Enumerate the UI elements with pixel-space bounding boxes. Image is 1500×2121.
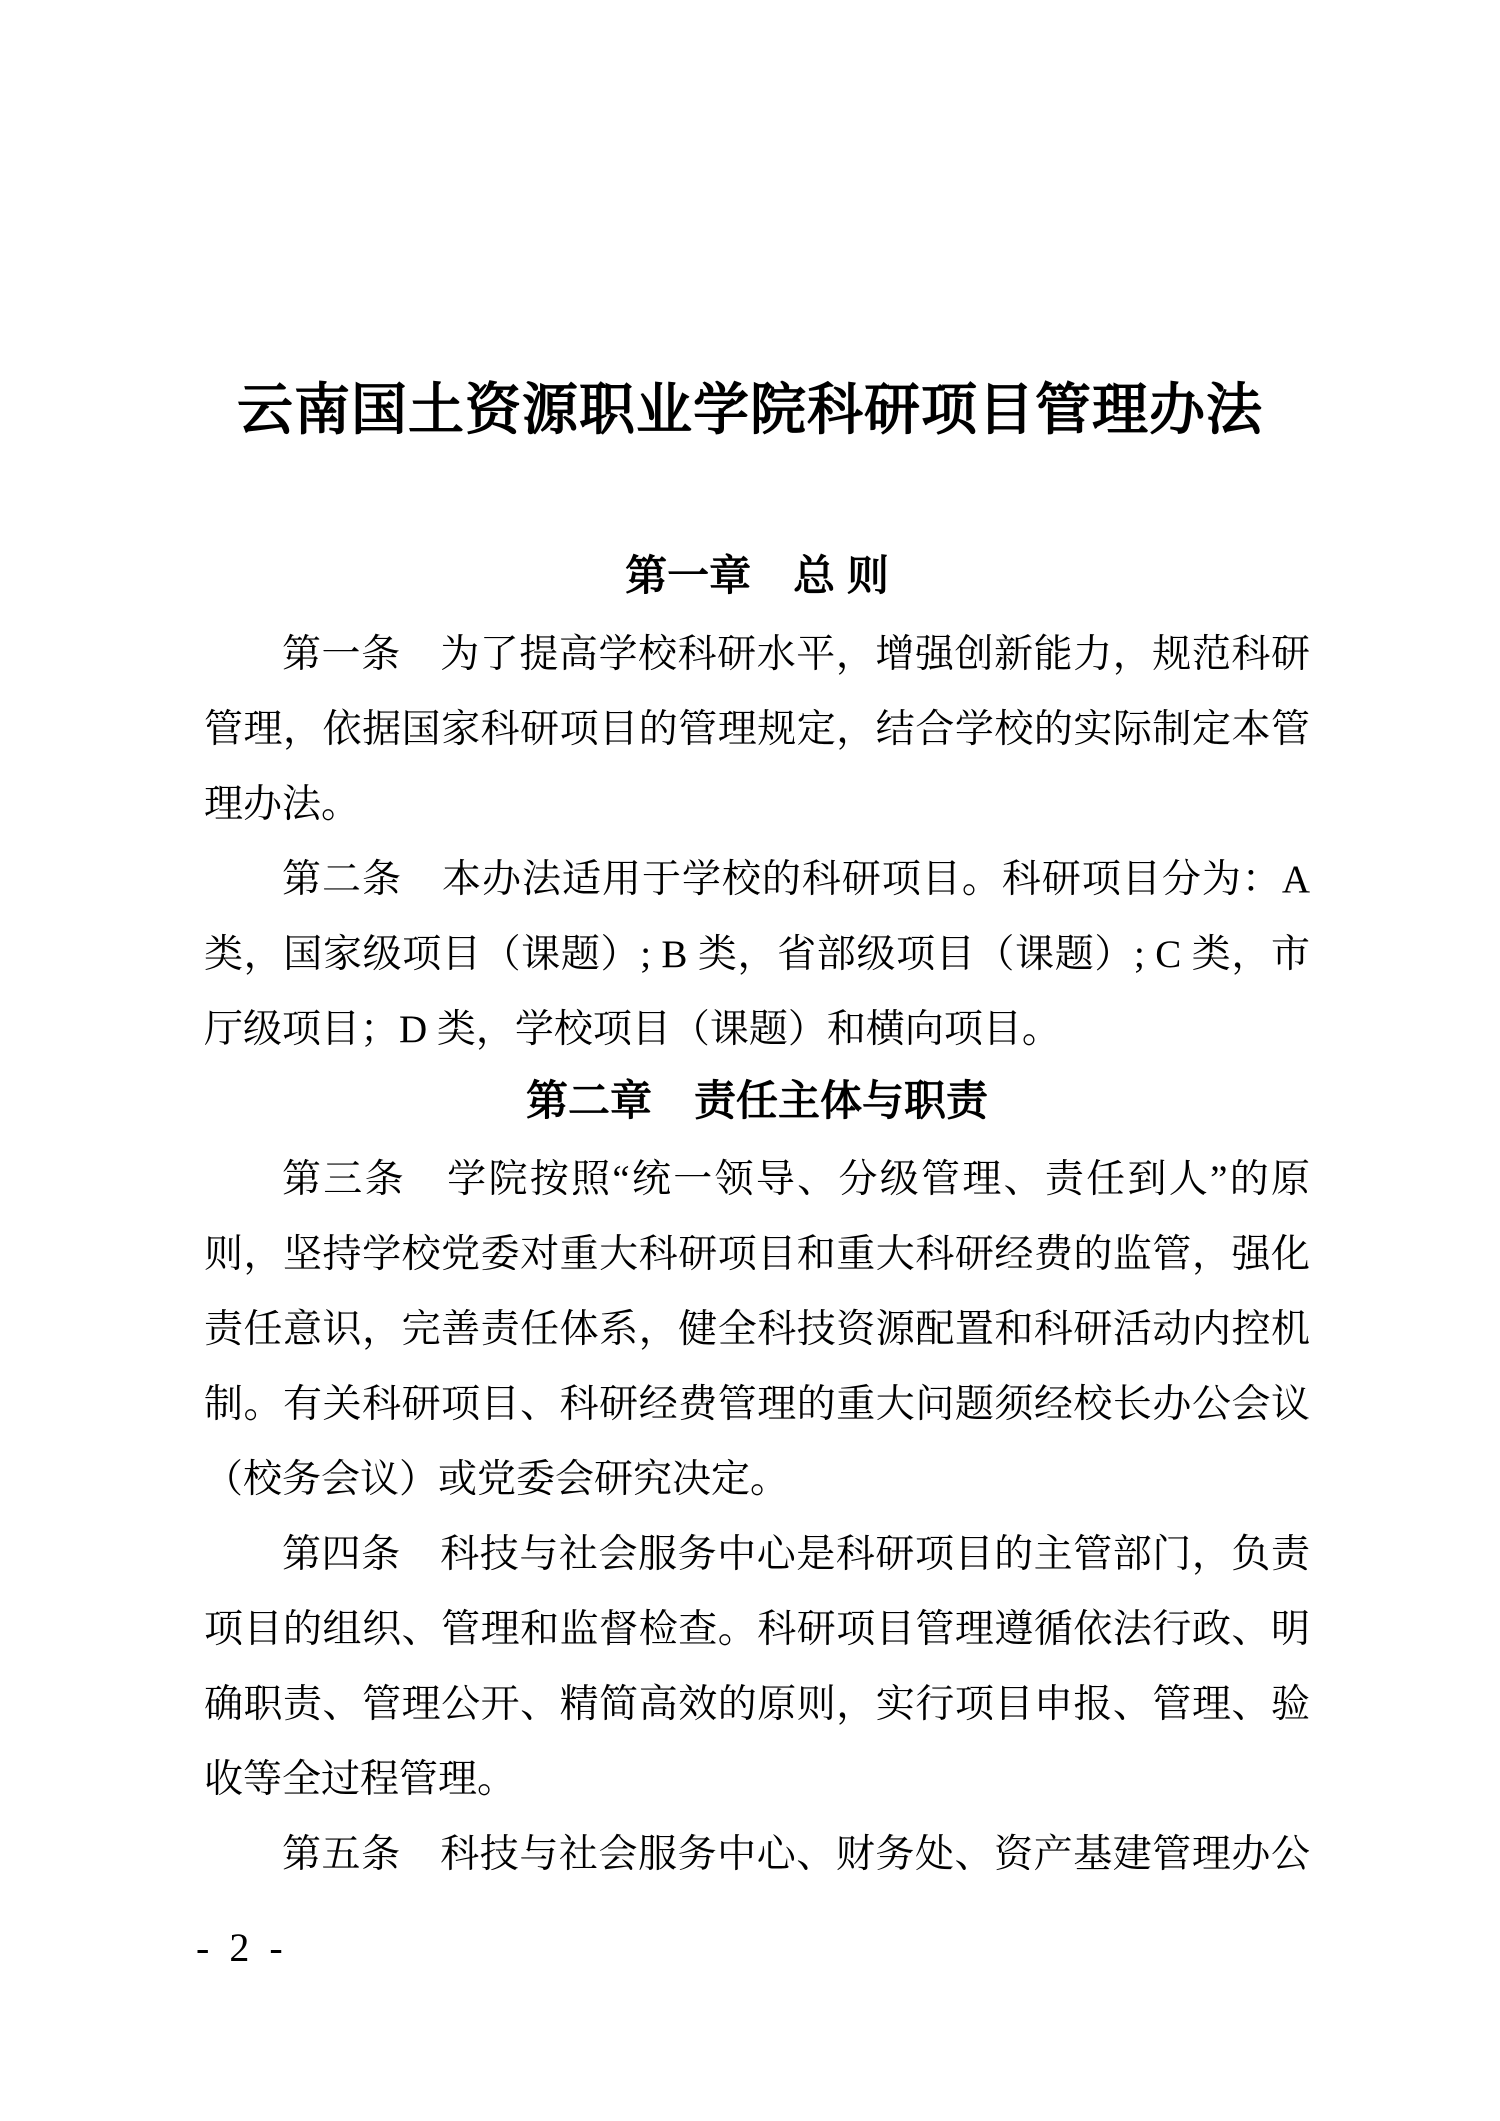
body-line: 第二条 本办法适用于学校的科研项目。科研项目分为：A — [204, 842, 1310, 917]
chapter-2-heading: 第二章 责任主体与职责 — [204, 1067, 1310, 1142]
body-line: 则，坚持学校党委对重大科研项目和重大科研经费的监管，强化 — [204, 1217, 1310, 1292]
body-line: 第一条 为了提高学校科研水平，增强创新能力，规范科研 — [204, 617, 1310, 692]
body-line: 确职责、管理公开、精简高效的原则，实行项目申报、管理、验 — [204, 1667, 1310, 1742]
body-line: 第五条 科技与社会服务中心、财务处、资产基建管理办公 — [204, 1817, 1310, 1892]
body-line: 厅级项目；D 类，学校项目（课题）和横向项目。 — [204, 992, 1310, 1067]
page-number: - 2 - — [196, 1924, 288, 1971]
document-page: 云南国土资源职业学院科研项目管理办法 第一章 总 则 第一条 为了提高学校科研水… — [0, 0, 1500, 2121]
body-line: 制。有关科研项目、科研经费管理的重大问题须经校长办公会议 — [204, 1367, 1310, 1442]
document-body: 第一章 总 则 第一条 为了提高学校科研水平，增强创新能力，规范科研 管理，依据… — [204, 542, 1310, 1892]
body-line: 第四条 科技与社会服务中心是科研项目的主管部门，负责 — [204, 1517, 1310, 1592]
body-line: 类，国家级项目（课题）; B 类，省部级项目（课题）; C 类，市 — [204, 917, 1310, 992]
body-line: 项目的组织、管理和监督检查。科研项目管理遵循依法行政、明 — [204, 1592, 1310, 1667]
body-line: 责任意识，完善责任体系，健全科技资源配置和科研活动内控机 — [204, 1292, 1310, 1367]
chapter-1-heading: 第一章 总 则 — [204, 542, 1310, 617]
body-line: 第三条 学院按照“统一领导、分级管理、责任到人”的原 — [204, 1142, 1310, 1217]
body-line: （校务会议）或党委会研究决定。 — [204, 1442, 1310, 1517]
document-title: 云南国土资源职业学院科研项目管理办法 — [0, 380, 1500, 442]
body-line: 理办法。 — [204, 767, 1310, 842]
body-line: 管理，依据国家科研项目的管理规定，结合学校的实际制定本管 — [204, 692, 1310, 767]
body-line: 收等全过程管理。 — [204, 1742, 1310, 1817]
